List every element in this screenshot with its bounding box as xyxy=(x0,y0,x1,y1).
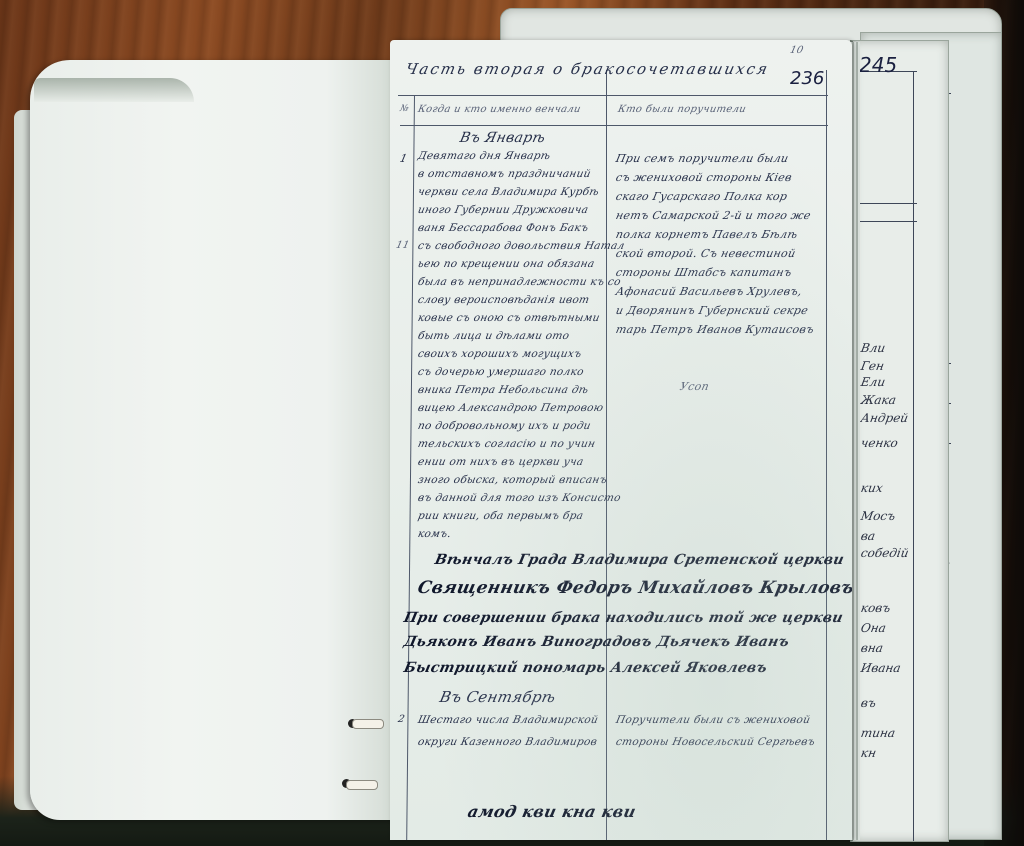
entry-month: Въ Январѣ xyxy=(458,130,547,146)
entry2-month: Въ Сентябрѣ xyxy=(438,688,557,706)
entry2-col1-line: Шестаго числа Владимирской xyxy=(417,714,600,726)
rear-page-row-rule xyxy=(853,221,917,222)
number-column-header: № xyxy=(399,104,410,114)
rear-page-number: 245 xyxy=(859,53,897,77)
col1-line: была въ непринадлежности къ со xyxy=(417,276,622,288)
col1-line: ении от нихъ въ церкви уча xyxy=(417,456,585,468)
rear-page-row-rule xyxy=(853,203,917,204)
rear-fragment: собедій xyxy=(860,546,910,560)
rear-fragment: ва xyxy=(860,529,877,543)
officiant-line: Быстрицкий пономарь Алексей Яковлевъ xyxy=(402,660,768,676)
col1-line: въ данной для того изъ Консисто xyxy=(417,492,622,504)
col2-line: тарь Петръ Иванов Кутаисовъ xyxy=(615,323,816,336)
section-title: Часть вторая о бракосочетавшихся xyxy=(404,60,771,78)
entry-number: 1 xyxy=(399,152,409,165)
col1-line: ваня Бессарабова Фонъ Бакъ xyxy=(417,222,590,234)
binding-thread-icon xyxy=(346,780,378,790)
rear-fragment: тина xyxy=(860,726,897,740)
col1-line: черкви села Владимира Курбѣ xyxy=(417,186,600,198)
signature: амод кви кна кви xyxy=(466,802,638,821)
entry2-col2-line: Поручители были съ жениховой xyxy=(615,714,812,726)
col1-line: слову вероисповѣданія ивот xyxy=(417,294,591,306)
col1-line: вицею Александрою Петровою xyxy=(417,402,605,414)
col2-header: Кто были поручители xyxy=(617,104,747,115)
col2-line: стороны Штабсъ капитанъ xyxy=(615,266,793,279)
entry-margin-note: 11 xyxy=(395,240,411,251)
col2-line: Афонасий Васильевъ Хрулевъ, xyxy=(615,285,804,298)
officiant-line: Дьяконъ Иванъ Виноградовъ Дьячекъ Иванъ xyxy=(402,634,791,650)
officiant-line: Священникъ Федоръ Михайловъ Крыловъ xyxy=(416,578,852,598)
col1-line: быть лица и дѣлами ото xyxy=(417,330,571,342)
corner-number: 10 xyxy=(789,45,805,56)
col1-header: Когда и кто именно венчали xyxy=(417,104,582,115)
entry2-number: 2 xyxy=(397,714,406,725)
col1-line: своихъ хорошихъ могущихъ xyxy=(417,348,583,360)
col2-line: ской второй. Съ невестиной xyxy=(615,247,797,260)
right-column-rule xyxy=(826,70,827,840)
col2-line: скаго Гусарскаго Полка кор xyxy=(615,190,789,203)
col1-line: по добровольному ихъ и роди xyxy=(417,420,592,432)
officiant-line: При совершении брака находились той же ц… xyxy=(402,610,844,626)
rear-fragment: вна xyxy=(860,641,885,655)
register-page[interactable]: 10 Часть вторая о бракосочетавшихся 236 … xyxy=(390,40,852,840)
col2-line: и Дворянинъ Губернский секре xyxy=(615,304,810,317)
rear-fragment: Вли xyxy=(860,341,887,355)
rear-page-middle: 245 Вли Ген Ели Жака Андрей ченко ких Мо… xyxy=(850,40,949,842)
col1-line: съ дочерью умершаго полко xyxy=(417,366,585,378)
rear-page-column-rule xyxy=(913,71,914,841)
rear-fragment: Ген xyxy=(860,359,885,373)
rear-fragment: Жака xyxy=(860,393,897,407)
col1-line: иного Губернии Дружковича xyxy=(417,204,590,216)
rear-fragment: ковъ xyxy=(860,601,892,615)
rear-fragment: Ели xyxy=(860,375,887,389)
col1-line: вника Петра Небольсина дѣ xyxy=(417,384,590,396)
left-blank-page[interactable] xyxy=(30,60,400,820)
col1-line: ьею по крещении она обязана xyxy=(417,258,596,270)
col2-line: съ жениховой стороны Кіев xyxy=(615,171,794,184)
header-bottom-rule xyxy=(400,125,828,126)
rear-fragment: Андрей xyxy=(860,411,910,425)
col2-line: При семъ поручители были xyxy=(615,152,790,165)
entry2-col2-line: стороны Новосельский Сергѣевъ xyxy=(615,736,817,748)
rear-fragment: Ивана xyxy=(860,661,902,675)
col1-line: в отставномъ праздничаний xyxy=(417,168,592,180)
col1-line: съ свободного довольствия Натал xyxy=(417,240,626,252)
rear-fragment: кн xyxy=(860,746,878,760)
col1-line: ковые съ оною съ отвѣтными xyxy=(417,312,601,324)
rear-fragment: Она xyxy=(860,621,887,635)
col2-line: нетъ Самарской 2-й и того же xyxy=(615,209,812,222)
col1-line: комъ. xyxy=(417,528,453,540)
entry2-col1-line: округи Казенного Владимиров xyxy=(417,736,599,748)
number-column-rule xyxy=(406,95,415,840)
col2-note: Усоп xyxy=(679,380,711,393)
rear-fragment: ких xyxy=(860,481,884,495)
rear-fragment: въ xyxy=(860,696,877,710)
rear-fragment: ченко xyxy=(860,436,899,450)
header-top-rule xyxy=(398,95,828,96)
left-page-torn-edge xyxy=(34,78,194,102)
binding-thread-icon xyxy=(352,719,384,729)
col1-line: Девятаго дня Январѣ xyxy=(417,150,552,162)
page-number: 236 xyxy=(790,68,824,89)
col1-line: тельскихъ согласію и по учин xyxy=(417,438,597,450)
col1-line: зного обыска, который вписанъ xyxy=(417,474,608,486)
officiant-line: Вѣнчалъ Града Владимира Сретенской церкв… xyxy=(433,552,845,568)
middle-column-rule xyxy=(606,70,607,840)
col2-line: полка корнетъ Павелъ Бѣлѣ xyxy=(615,228,799,241)
col1-line: рии книги, оба первымъ бра xyxy=(417,510,585,522)
rear-fragment: Мосъ xyxy=(860,509,897,523)
